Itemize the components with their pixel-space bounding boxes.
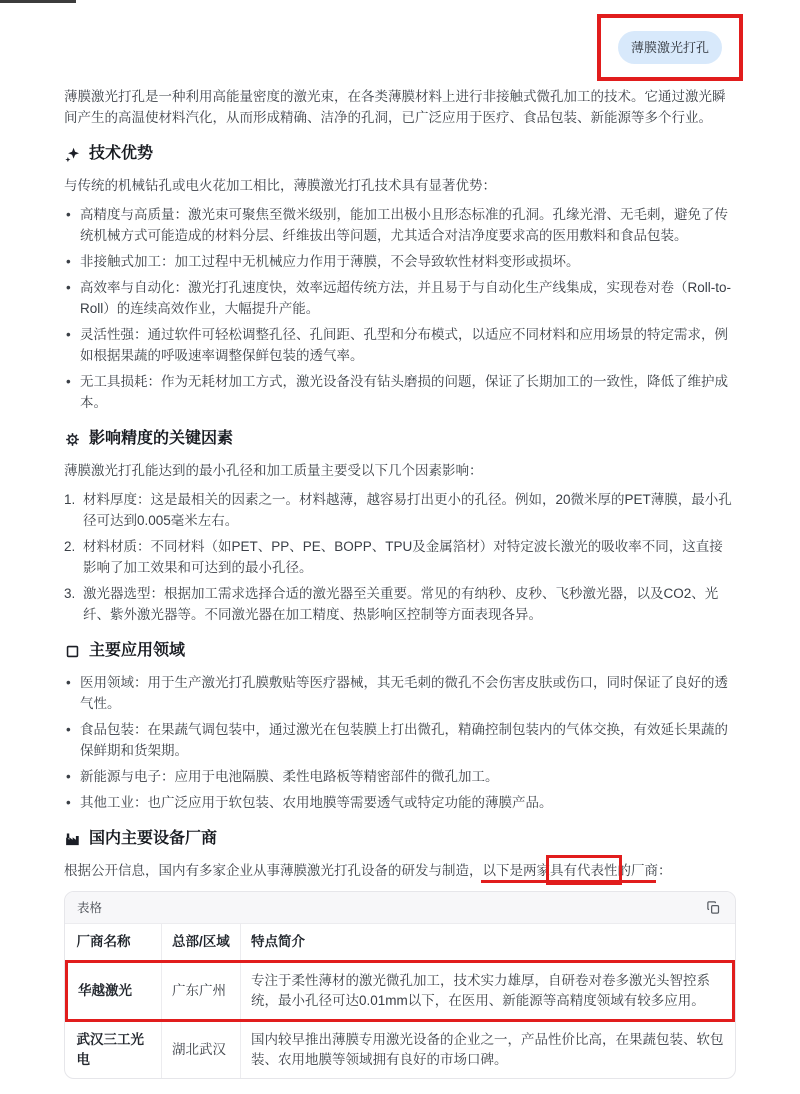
- table-row-highlighted: 华越激光 广东广州 专注于柔性薄材的激光微孔加工，技术实力雄厚，自研卷对卷多激光…: [67, 962, 734, 1021]
- intro-paragraph: 薄膜激光打孔是一种利用高能量密度的激光束，在各类薄膜材料上进行非接触式微孔加工的…: [64, 86, 736, 128]
- vendors-lead: 根据公开信息，国内有多家企业从事薄膜激光打孔设备的研发与制造，以下是两家具有代表…: [64, 860, 736, 881]
- list-item: 高效率与自动化：激光打孔速度快，效率远超传统方法，并且易于与自动化生产线集成，实…: [64, 277, 736, 319]
- applications-list: 医用领域：用于生产激光打孔膜敷贴等医疗器械，其无毛刺的微孔不会伤害皮肤或伤口，同…: [64, 672, 736, 813]
- list-item: 食品包装：在果蔬气调包装中，通过激光在包装膜上打出微孔，精确控制包装内的气体交换…: [64, 719, 736, 761]
- lead-text: 根据公开信息，国内有多家企业从事薄膜激光打孔设备的研发与制造，: [64, 863, 483, 878]
- list-item: 高精度与高质量：激光束可聚焦至微米级别，能加工出极小且形态标准的孔洞。孔缘光滑、…: [64, 204, 736, 246]
- lead-text: ：: [658, 863, 672, 878]
- list-item: 其他工业：也广泛应用于软包装、农用地膜等需要透气或特定功能的薄膜产品。: [64, 792, 736, 813]
- list-item: 材料厚度：这是最相关的因素之一。材料越薄，越容易打出更小的孔径。例如，20微米厚…: [64, 489, 736, 531]
- target-icon: [64, 643, 81, 660]
- list-item: 灵活性强：通过软件可轻松调整孔径、孔间距、孔型和分布模式，以适应不同材料和应用场…: [64, 324, 736, 366]
- list-item: 激光器选型：根据加工需求选择合适的激光器至关重要。常见的有纳秒、皮秒、飞秒激光器…: [64, 583, 736, 625]
- user-message-bubble: 薄膜激光打孔: [618, 31, 722, 64]
- column-header: 特点简介: [241, 924, 734, 962]
- list-item: 材料材质：不同材料（如PET、PP、PE、BOPP、TPU及金属箔材）对特定波长…: [64, 536, 736, 578]
- section-heading-precision-factors: 影响精度的关键因素: [64, 427, 736, 451]
- column-header: 总部/区域: [162, 924, 241, 962]
- table-row: 武汉三工光电 湖北武汉 国内较早推出薄膜专用激光设备的企业之一，产品性价比高，在…: [67, 1021, 734, 1079]
- factors-list: 材料厚度：这是最相关的因素之一。材料越薄，越容易打出更小的孔径。例如，20微米厚…: [64, 489, 736, 625]
- window-edge-fragment: [0, 0, 76, 3]
- section-heading-domestic-vendors: 国内主要设备厂商: [64, 827, 736, 851]
- underlined-text: 以下是两家: [483, 863, 551, 878]
- annotation-box-phrase: 具有代表性: [550, 863, 618, 878]
- assistant-answer: 薄膜激光打孔是一种利用高能量密度的激光束，在各类薄膜材料上进行非接触式微孔加工的…: [0, 0, 800, 1079]
- section-lead: 与传统的机械钻孔或电火花加工相比，薄膜激光打孔技术具有显著优势：: [64, 175, 736, 196]
- column-header: 厂商名称: [67, 924, 162, 962]
- factory-icon: [64, 831, 81, 848]
- vendor-name-cell: 武汉三工光电: [67, 1021, 162, 1079]
- annotation-underline: 以下是两家具有代表性的厂商: [483, 863, 659, 878]
- section-title: 主要应用领域: [89, 639, 185, 663]
- section-title: 技术优势: [89, 142, 153, 166]
- underlined-text: 的厂商: [618, 863, 659, 878]
- summary-cell: 专注于柔性薄材的激光微孔加工，技术实力雄厚，自研卷对卷多激光头智控系统，最小孔径…: [241, 962, 734, 1021]
- region-cell: 广东广州: [162, 962, 241, 1021]
- vendor-name-cell: 华越激光: [67, 962, 162, 1021]
- summary-cell: 国内较早推出薄膜专用激光设备的企业之一，产品性价比高，在果蔬包装、软包装、农用地…: [241, 1021, 734, 1079]
- region-cell: 湖北武汉: [162, 1021, 241, 1079]
- section-heading-tech-advantages: 技术优势: [64, 142, 736, 166]
- section-lead: 薄膜激光打孔能达到的最小孔径和加工质量主要受以下几个因素影响：: [64, 460, 736, 481]
- section-heading-applications: 主要应用领域: [64, 639, 736, 663]
- table-card-header: 表格: [65, 892, 735, 924]
- list-item: 新能源与电子：应用于电池隔膜、柔性电路板等精密部件的微孔加工。: [64, 766, 736, 787]
- table-card: 表格 厂商名称 总部/区域 特点简介 华越激光 广东广州: [64, 891, 736, 1079]
- table-header-row: 厂商名称 总部/区域 特点简介: [67, 924, 734, 962]
- section-title: 影响精度的关键因素: [89, 427, 233, 451]
- section-title: 国内主要设备厂商: [89, 827, 217, 851]
- list-item: 非接触式加工：加工过程中无机械应力作用于薄膜，不会导致软性材料变形或损坏。: [64, 251, 736, 272]
- list-item: 医用领域：用于生产激光打孔膜敷贴等医疗器械，其无毛刺的微孔不会伤害皮肤或伤口，同…: [64, 672, 736, 714]
- sparkles-icon: [64, 146, 81, 163]
- list-item: 无工具损耗：作为无耗材加工方式，激光设备没有钻头磨损的问题，保证了长期加工的一致…: [64, 371, 736, 413]
- copy-button[interactable]: [704, 898, 723, 917]
- table-card-title: 表格: [77, 900, 102, 916]
- advantages-list: 高精度与高质量：激光束可聚焦至微米级别，能加工出极小且形态标准的孔洞。孔缘光滑、…: [64, 204, 736, 413]
- vendors-table: 厂商名称 总部/区域 特点简介 华越激光 广东广州 专注于柔性薄材的激光微孔加工…: [65, 924, 735, 1078]
- annotation-box-user-message: 薄膜激光打孔: [597, 14, 743, 81]
- gear-icon: [64, 431, 81, 448]
